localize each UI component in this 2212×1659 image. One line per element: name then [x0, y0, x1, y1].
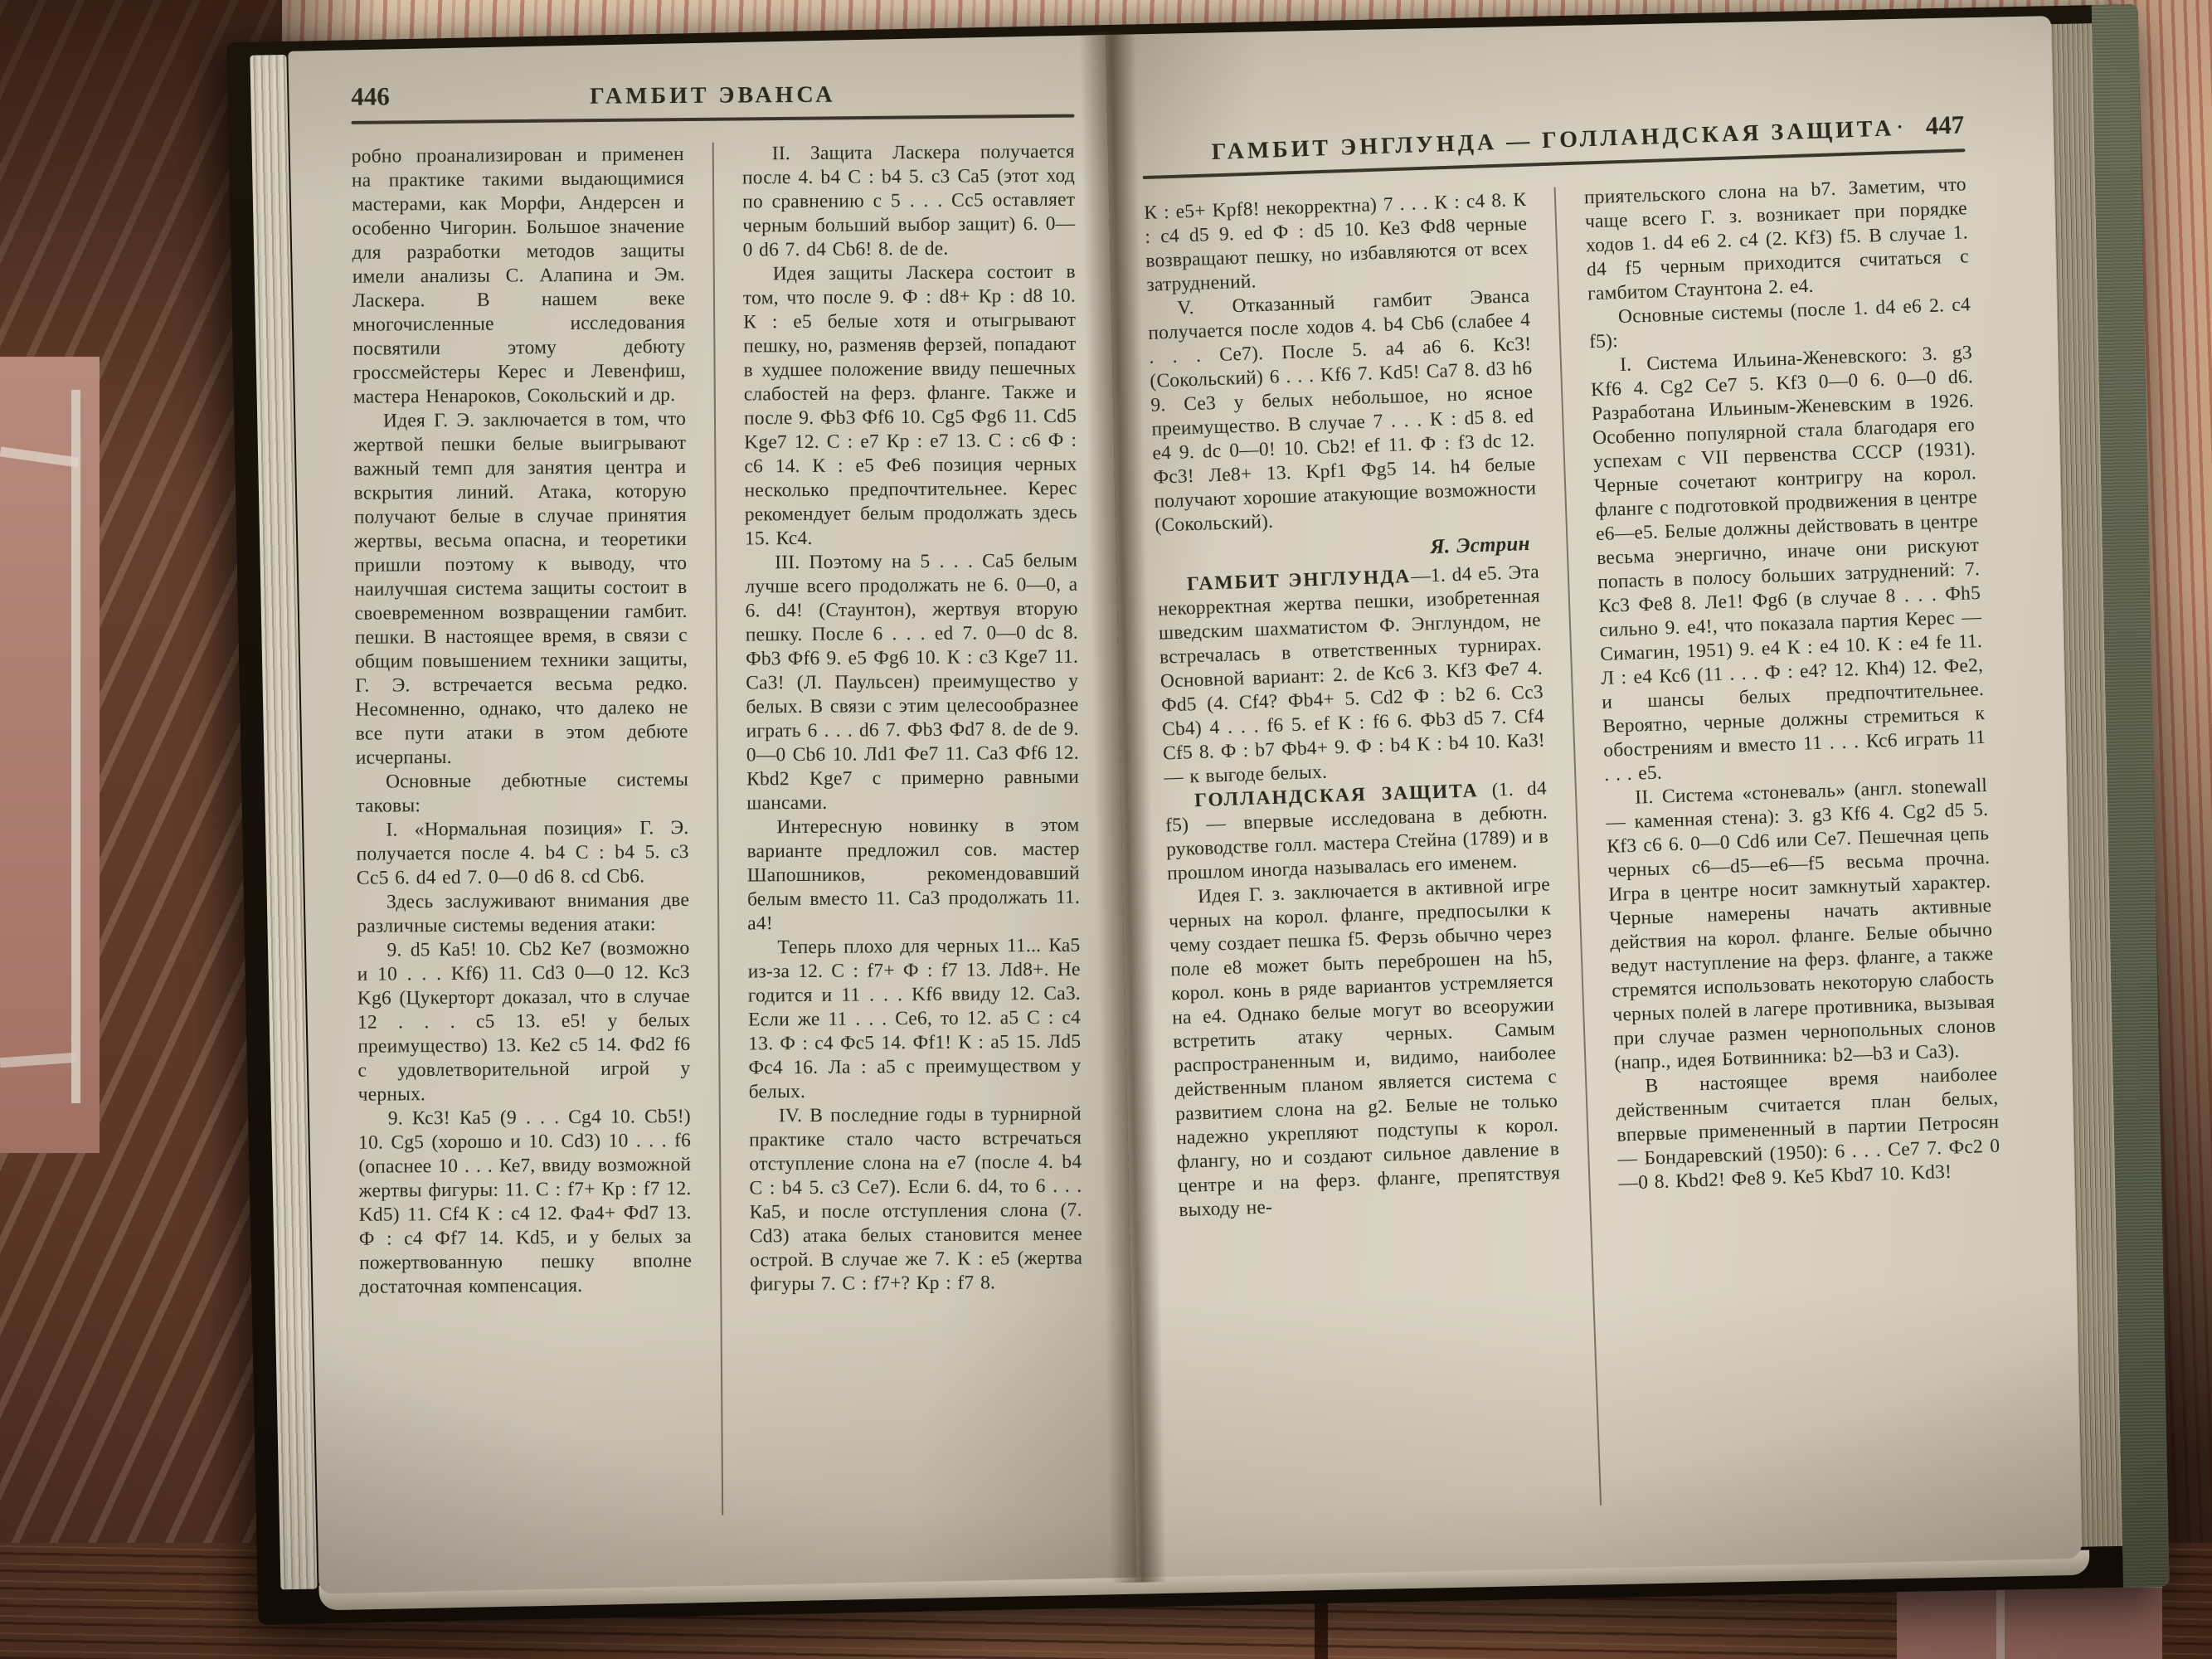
paragraph: Идея Г. Э. заключается в том, что жертво… — [353, 407, 688, 771]
page-number-value: 447 — [1925, 109, 1965, 140]
page-446-header: 446 ГАМБИТ ЭВАНСА — [351, 77, 1074, 112]
paragraph: IV. В последние годы в турнирной практик… — [749, 1102, 1083, 1297]
paragraph: Здесь заслуживают внимания две различные… — [357, 888, 689, 939]
page-447-header: ГАМБИТ ЭНГЛУНДА — ГОЛЛАНДСКАЯ ЗАЩИТА ·44… — [1141, 109, 1965, 168]
header-spacer — [1142, 159, 1212, 162]
page-number: ·447 — [1895, 109, 1965, 142]
page-447-content: ГАМБИТ ЭНГЛУНДА — ГОЛЛАНДСКАЯ ЗАЩИТА ·44… — [1095, 9, 2092, 1521]
paragraph: В настоящее время наиболее действенным с… — [1615, 1063, 2001, 1196]
running-title: ГАМБИТ ЭВАНСА — [590, 82, 836, 110]
paragraph: Теперь плохо для черных 11... Ка5 из-за … — [747, 934, 1081, 1105]
paragraph: II. Защита Ласкера получается после 4. b… — [742, 140, 1076, 263]
tile-grout-line — [71, 390, 80, 1103]
paragraph: 9. d5 Ка5! 10. Cb2 Ке7 (возможно и 10 . … — [357, 937, 690, 1107]
page-number: 446 — [351, 81, 390, 111]
page-447-column-2: приятельского слона на b7. Заметим, что … — [1554, 173, 2012, 1505]
header-rule — [351, 114, 1074, 124]
paragraph: 9. Кс3! Ка5 (9 . . . Cg4 10. Cb5!) 10. C… — [358, 1105, 693, 1300]
page-446-content: 446 ГАМБИТ ЭВАНСА робно проанализирован … — [298, 40, 1125, 1518]
paragraph: Идея защиты Ласкера состоит в том, что п… — [743, 260, 1077, 552]
photo-of-open-book: 446 ГАМБИТ ЭВАНСА робно проанализирован … — [0, 0, 2212, 1659]
header-dot: · — [1895, 111, 1927, 141]
header-spacer — [835, 100, 1074, 102]
paragraph: К : е5+ Kpf8! некорректна) 7 . . . К : с… — [1144, 188, 1529, 298]
open-book: 446 ГАМБИТ ЭВАНСА робно проанализирован … — [226, 4, 2170, 1625]
page-446-column-2: II. Защита Ласкера получается после 4. b… — [712, 140, 1085, 1515]
page-446: 446 ГАМБИТ ЭВАНСА робно проанализирован … — [288, 35, 1136, 1593]
paragraph: Основные дебютные системы таковы: — [356, 768, 688, 819]
page-447-column-1: К : е5+ Kpf8! некорректна) 7 . . . К : с… — [1144, 188, 1572, 1520]
page-446-column-1: робно проанализирован и применен на прак… — [352, 143, 694, 1518]
page-447: ГАМБИТ ЭНГЛУНДА — ГОЛЛАНДСКАЯ ЗАЩИТА ·44… — [1106, 16, 2082, 1578]
pink-tile — [1897, 1580, 2162, 1659]
paragraph: V. Отказанный гамбит Эванса получается п… — [1147, 285, 1538, 538]
running-title: ГАМБИТ ЭНГЛУНДА — ГОЛЛАНДСКАЯ ЗАЩИТА — [1211, 115, 1895, 166]
tile-grout-line — [1996, 1580, 2005, 1659]
page-447-columns: К : е5+ Kpf8! некорректна) 7 . . . К : с… — [1144, 173, 2012, 1520]
paragraph: III. Поэтому на 5 . . . Са5 белым лучше … — [745, 549, 1079, 816]
paragraph: I. Система Ильина-Женевского: 3. g3 Kf6 … — [1590, 341, 1987, 787]
paragraph: ГОЛЛАНДСКАЯ ЗАЩИТА (1. d4 f5) — впервые … — [1164, 776, 1550, 886]
paragraph: Идея Г. з. заключается в активной игре ч… — [1168, 873, 1562, 1223]
pink-tile — [0, 357, 100, 1153]
page-446-columns: робно проанализирован и применен на прак… — [352, 140, 1085, 1518]
entry-heading: ГАМБИТ ЭНГЛУНДА — [1187, 566, 1412, 595]
paragraph: Интересную новинку в этом варианте предл… — [746, 814, 1080, 937]
paragraph: ГАМБИТ ЭНГЛУНДА—1. d4 е5. Эта некорректн… — [1157, 561, 1547, 791]
paragraph: приятельского слона на b7. Заметим, что … — [1584, 173, 1971, 306]
paragraph: I. «Нормальная позиция» Г. Э. получается… — [356, 816, 689, 891]
paragraph: II. Система «стоневаль» (англ. stonewall… — [1605, 774, 1997, 1076]
paragraph: робно проанализирован и применен на прак… — [352, 143, 686, 410]
